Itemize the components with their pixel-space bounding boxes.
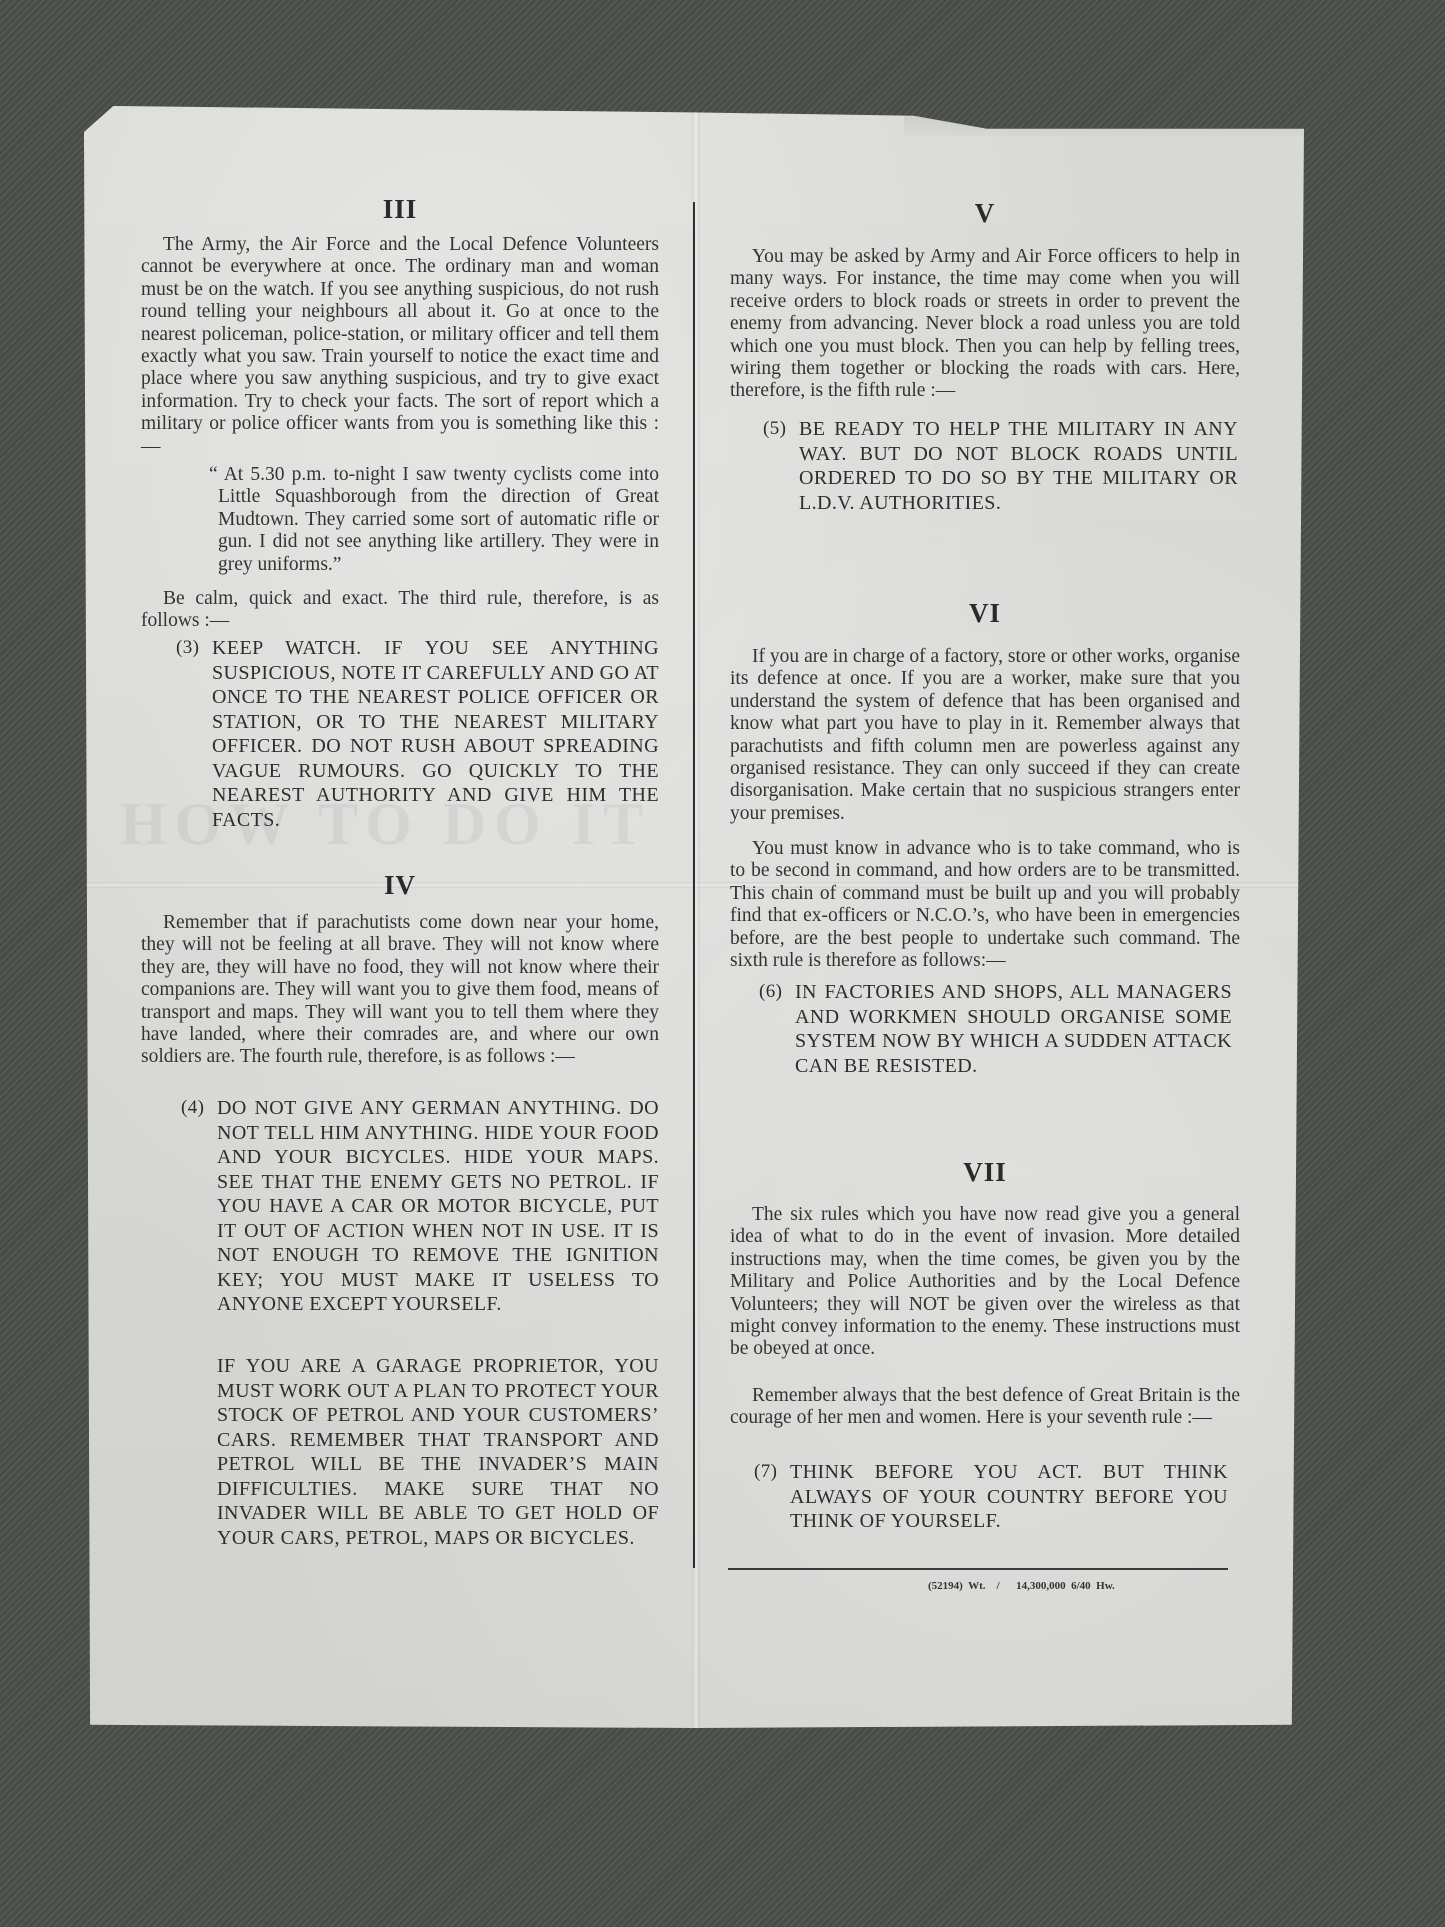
section-v-title: V <box>730 198 1240 229</box>
rule-3-number: (3) <box>176 636 199 661</box>
section-iv-paragraph-1: Remember that if parachutists come down … <box>141 912 659 1069</box>
section-v-paragraph-1: You may be asked by Army and Air Force o… <box>730 246 1240 403</box>
section-iii-paragraph-2: Be calm, quick and exact. The third rule… <box>141 588 659 633</box>
section-vi-title: VI <box>730 598 1240 629</box>
section-iii-title: III <box>141 194 659 225</box>
rule-5: (5) BE READY TO HELP THE MILITARY IN ANY… <box>799 417 1238 515</box>
column-divider-rule <box>693 202 695 1568</box>
rule-6-text: IN FACTORIES AND SHOPS, ALL MANAGERS AND… <box>795 981 1232 1077</box>
section-iii-paragraph-1: The Army, the Air Force and the Local De… <box>141 234 659 458</box>
rule-5-text: BE READY TO HELP THE MILITARY IN ANY WAY… <box>799 418 1238 514</box>
rule-5-number: (5) <box>763 417 786 442</box>
printer-imprint: (52194) Wt. / 14,300,000 6/40 Hw. <box>928 1580 1115 1592</box>
rule-7: (7) THINK BEFORE YOU ACT. BUT THINK ALWA… <box>790 1460 1228 1534</box>
section-vii-paragraph-1: The six rules which you have now read gi… <box>730 1204 1240 1361</box>
rule-7-text: THINK BEFORE YOU ACT. BUT THINK ALWAYS O… <box>790 1461 1228 1532</box>
rule-4-continuation: IF YOU ARE A GARAGE PROPRIETOR, YOU MUST… <box>217 1354 659 1550</box>
rule-7-number: (7) <box>754 1460 777 1485</box>
section-vi-paragraph-2: You must know in advance who is to take … <box>730 838 1240 972</box>
section-vi-paragraph-1: If you are in charge of a factory, store… <box>730 646 1240 825</box>
folded-corner-flap <box>904 106 1304 136</box>
rule-6: (6) IN FACTORIES AND SHOPS, ALL MANAGERS… <box>795 980 1232 1078</box>
footer-rule-line <box>728 1568 1228 1570</box>
section-iv-title: IV <box>141 870 659 901</box>
section-vii-paragraph-2: Remember always that the best defence of… <box>730 1385 1240 1430</box>
rule-4: (4) DO NOT GIVE ANY GERMAN ANYTHING. DO … <box>217 1096 659 1317</box>
section-vii-title: VII <box>730 1157 1240 1188</box>
rule-3-text: KEEP WATCH. IF YOU SEE ANYTHING SUSPICIO… <box>212 637 659 831</box>
rule-6-number: (6) <box>759 980 782 1005</box>
rule-3: (3) KEEP WATCH. IF YOU SEE ANYTHING SUSP… <box>212 636 659 832</box>
rule-4-number: (4) <box>181 1096 204 1121</box>
rule-4-text: DO NOT GIVE ANY GERMAN ANYTHING. DO NOT … <box>217 1097 659 1315</box>
section-iii-example-report-quote: “ At 5.30 p.m. to-night I saw twenty cyc… <box>218 464 659 576</box>
